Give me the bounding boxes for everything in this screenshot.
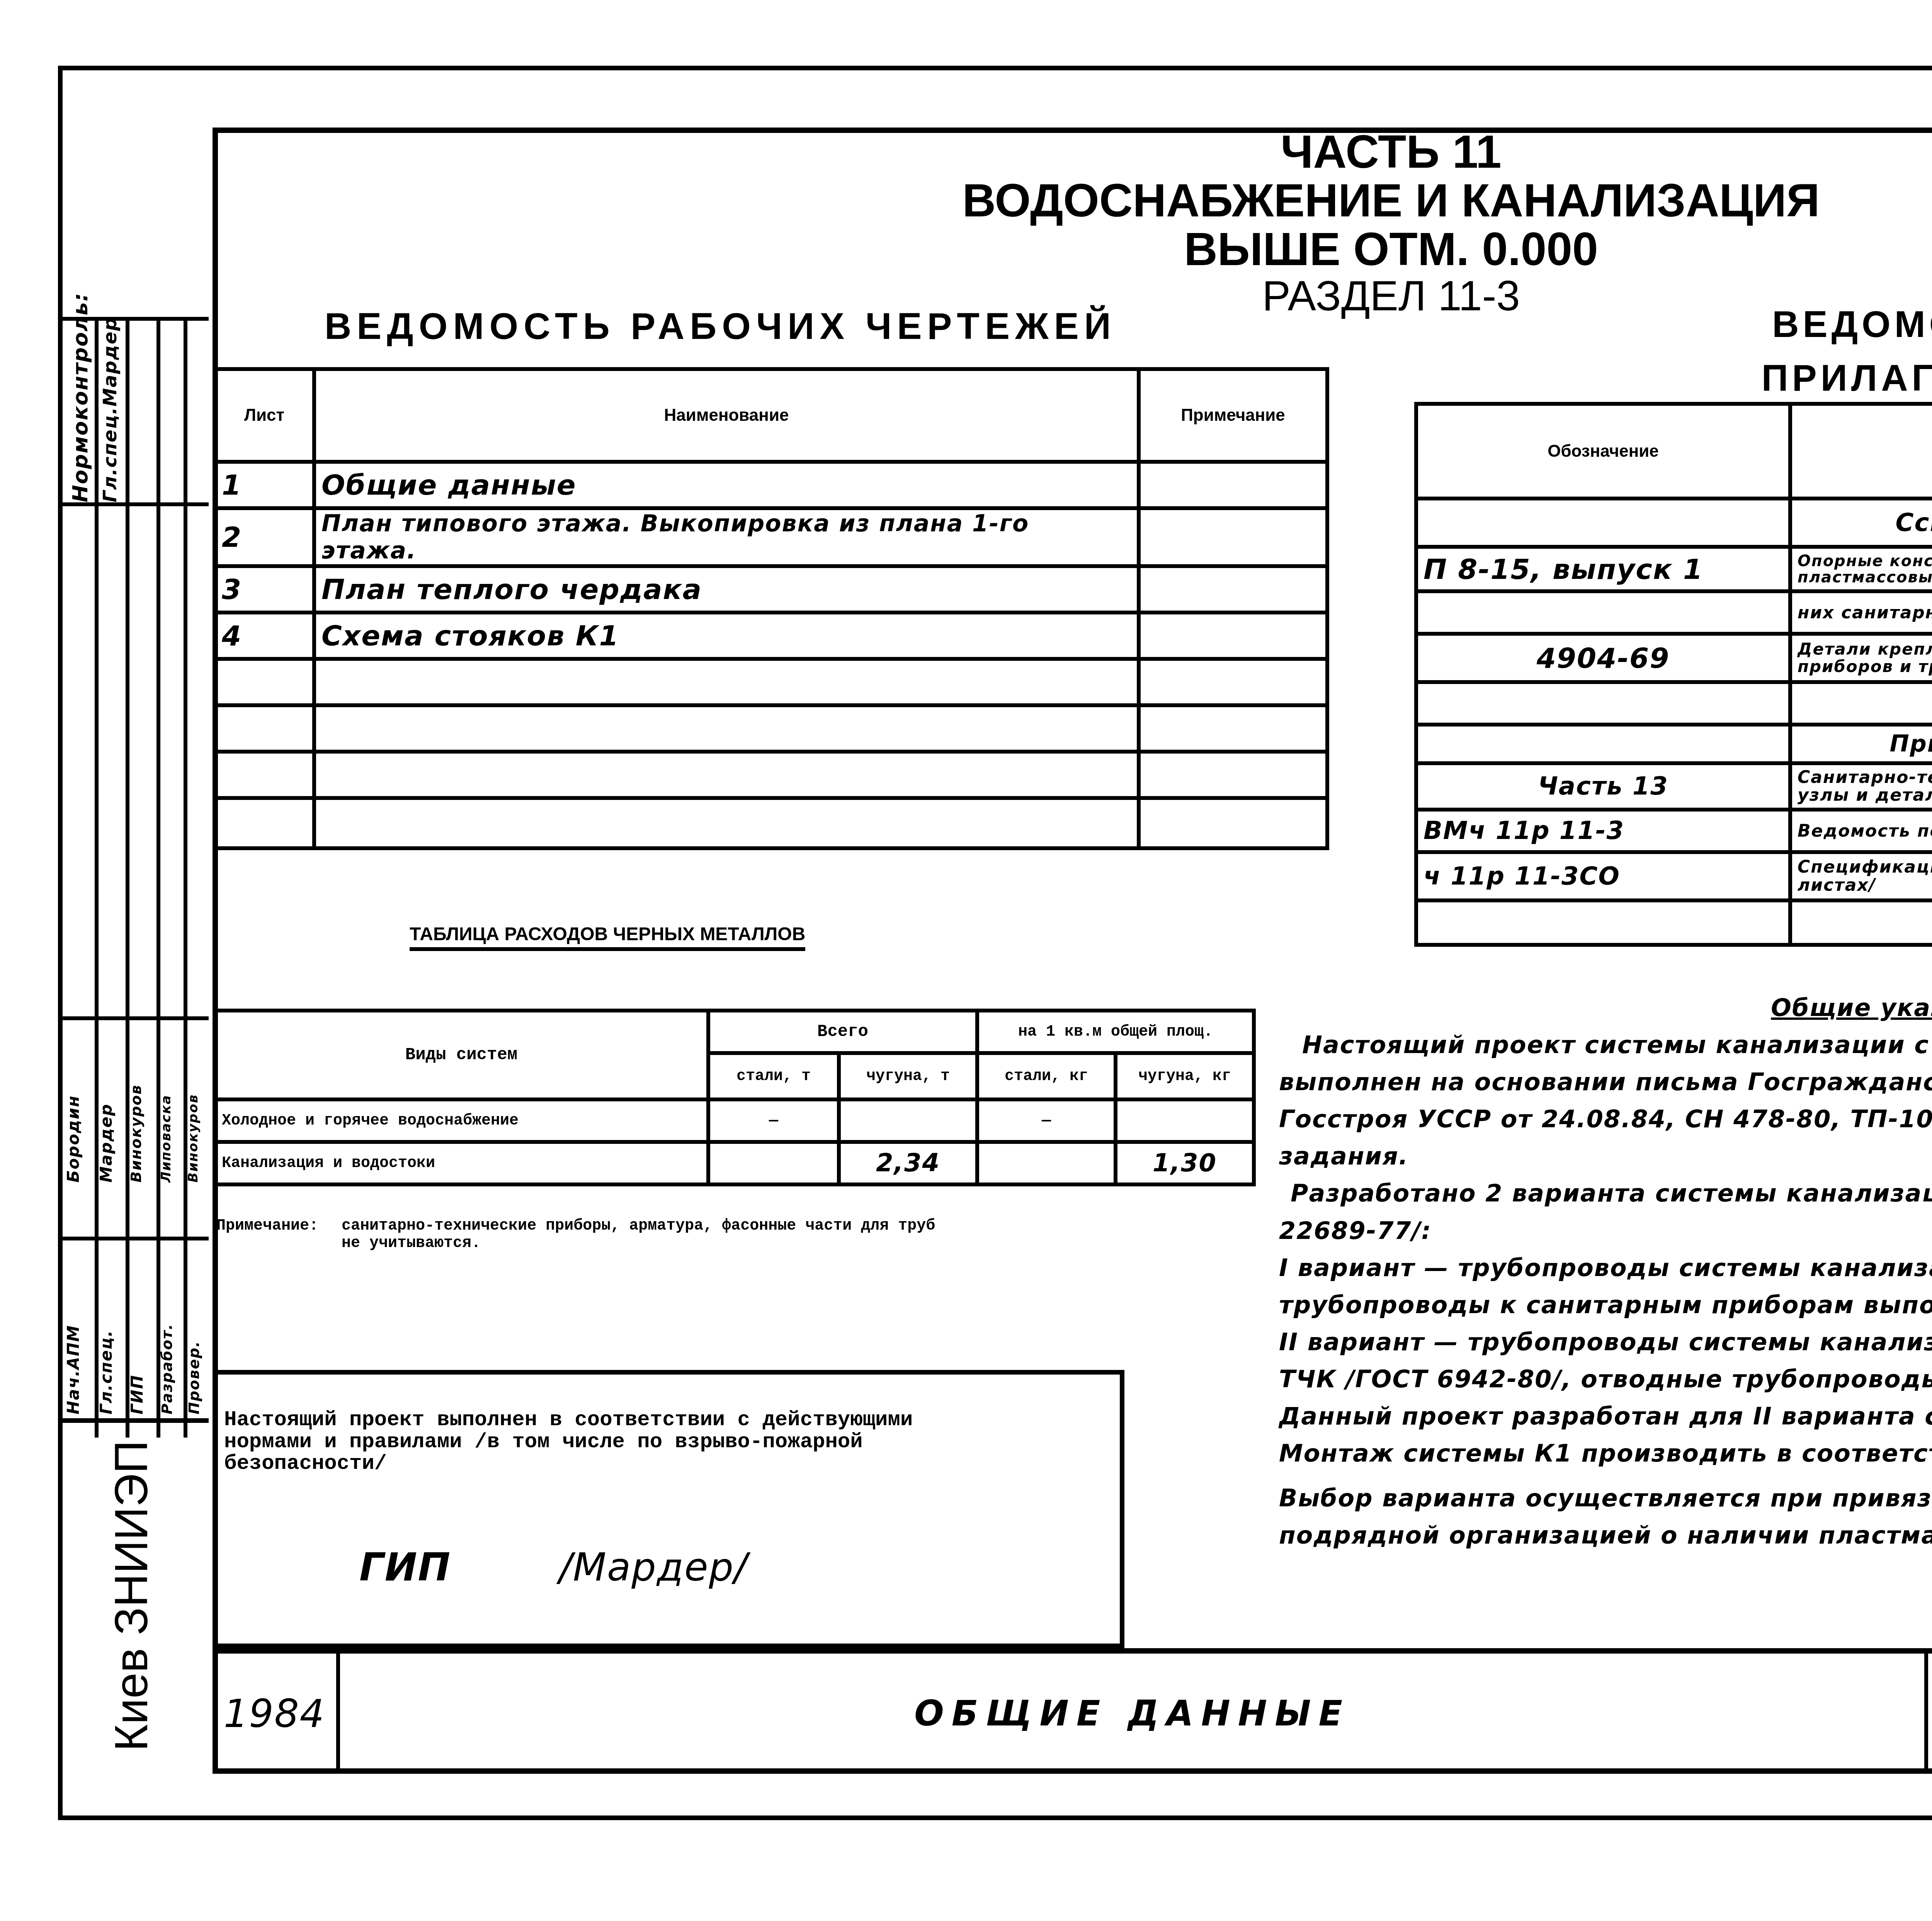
project-label: Типовой проект: [1928, 1654, 1932, 1685]
part-title: ЧАСТЬ 11: [927, 128, 1855, 176]
normcontrol-label: Нормоконтроль:: [63, 321, 97, 502]
metals-table-title: ТАБЛИЦА РАСХОДОВ ЧЕРНЫХ МЕТАЛЛОВ: [410, 924, 805, 951]
table-row: [214, 798, 1327, 848]
col-total: Всего: [708, 1011, 977, 1053]
metals-note: Примечание: санитарно-технические прибор…: [216, 1217, 1105, 1252]
table-row: ВМч 11р 11-3 Ведомость потребности в мат…: [1416, 810, 1932, 852]
table-row: [214, 659, 1327, 705]
table-row: 4904-69 Детали крепления санитарно-тех- …: [1416, 634, 1932, 682]
system-title: ВОДОСНАБЖЕНИЕ И КАНАЛИЗАЦИЯ: [927, 176, 1855, 225]
table-row: Холодное и горячее водоснабжение — —: [214, 1099, 1254, 1142]
side-stamp: Нормоконтроль: Гл.спец. Мардер Нач.АПМ Г…: [58, 128, 213, 1774]
table-row: 2 План типового этажа. Выкопировка из пл…: [214, 508, 1327, 566]
year: 1984: [213, 1654, 340, 1773]
section-attached: Прилагаемые документы: [1790, 725, 1932, 763]
project-number: 96-056.83: [1928, 1708, 1932, 1749]
col-note: Примечание: [1139, 369, 1327, 462]
references-table: Обозначение Наименование Примечание Ссыл…: [1414, 402, 1932, 947]
table-row: Канализация и водостоки 2,34 1,30: [214, 1142, 1254, 1184]
general-notes: Общие указания. Настоящий проект системы…: [1279, 989, 1932, 1554]
table-row: 3 План теплого чердака: [214, 566, 1327, 613]
normcontrol-entry: Гл.спец. Мардер: [95, 321, 126, 502]
table-row: 1 Общие данные: [214, 462, 1327, 508]
table-row: [1416, 900, 1932, 945]
drawings-list-title: ВЕДОМОСТЬ РАБОЧИХ ЧЕРТЕЖЕЙ: [325, 305, 1116, 348]
compliance-box: Настоящий проект выполнен в соответствии…: [213, 1370, 1124, 1648]
col-name: Наименование: [314, 369, 1139, 462]
table-row: [214, 752, 1327, 798]
col-name: Наименование: [1790, 404, 1932, 499]
table-row: Часть 13 Санитарно-техническая кабина. С…: [1416, 763, 1932, 810]
gip-signature: ГИП /Мардер/: [359, 1545, 748, 1590]
table-row: 4 Схема стояков К1: [214, 613, 1327, 659]
table-row: них санитарно-технических систем. проект…: [1416, 591, 1932, 634]
general-notes-title: Общие указания.: [1279, 989, 1932, 1026]
compliance-text: Настоящий проект выполнен в соответствии…: [224, 1409, 997, 1475]
table-row: П 8-15, выпуск 1 Опорные конструкции и с…: [1416, 547, 1932, 591]
col-code: Обозначение: [1416, 404, 1790, 499]
col-sheet: Лист: [214, 369, 314, 462]
metals-table: Виды систем Всего на 1 кв.м общей площ. …: [213, 1009, 1256, 1186]
title-block: 1984 ОБЩИЕ ДАННЫЕ Типовой проект 96-056.…: [213, 1648, 1932, 1779]
organization: Киев ЗНИИЭП: [97, 1441, 166, 1751]
col-systems: Виды систем: [214, 1011, 708, 1099]
references-title: ВЕДОМОСТЬ ССЫЛОЧНЫХ И ПРИЛАГАЕМЫХ ДОКУМЕ…: [1700, 298, 1932, 405]
sheet-title: ОБЩИЕ ДАННЫЕ: [340, 1654, 1924, 1773]
table-row: ч 11р 11-3СО Спецификация материалов и о…: [1416, 852, 1932, 900]
table-row: [1416, 682, 1932, 725]
col-per-m2: на 1 кв.м общей площ.: [977, 1011, 1254, 1053]
main-title: ЧАСТЬ 11 ВОДОСНАБЖЕНИЕ И КАНАЛИЗАЦИЯ ВЫШ…: [927, 128, 1855, 318]
table-row: [214, 705, 1327, 752]
level-title: ВЫШЕ ОТМ. 0.000: [927, 225, 1855, 274]
drawings-table: Лист Наименование Примечание 1 Общие дан…: [213, 367, 1329, 850]
section-referenced: Ссылочные документы: [1790, 499, 1932, 547]
